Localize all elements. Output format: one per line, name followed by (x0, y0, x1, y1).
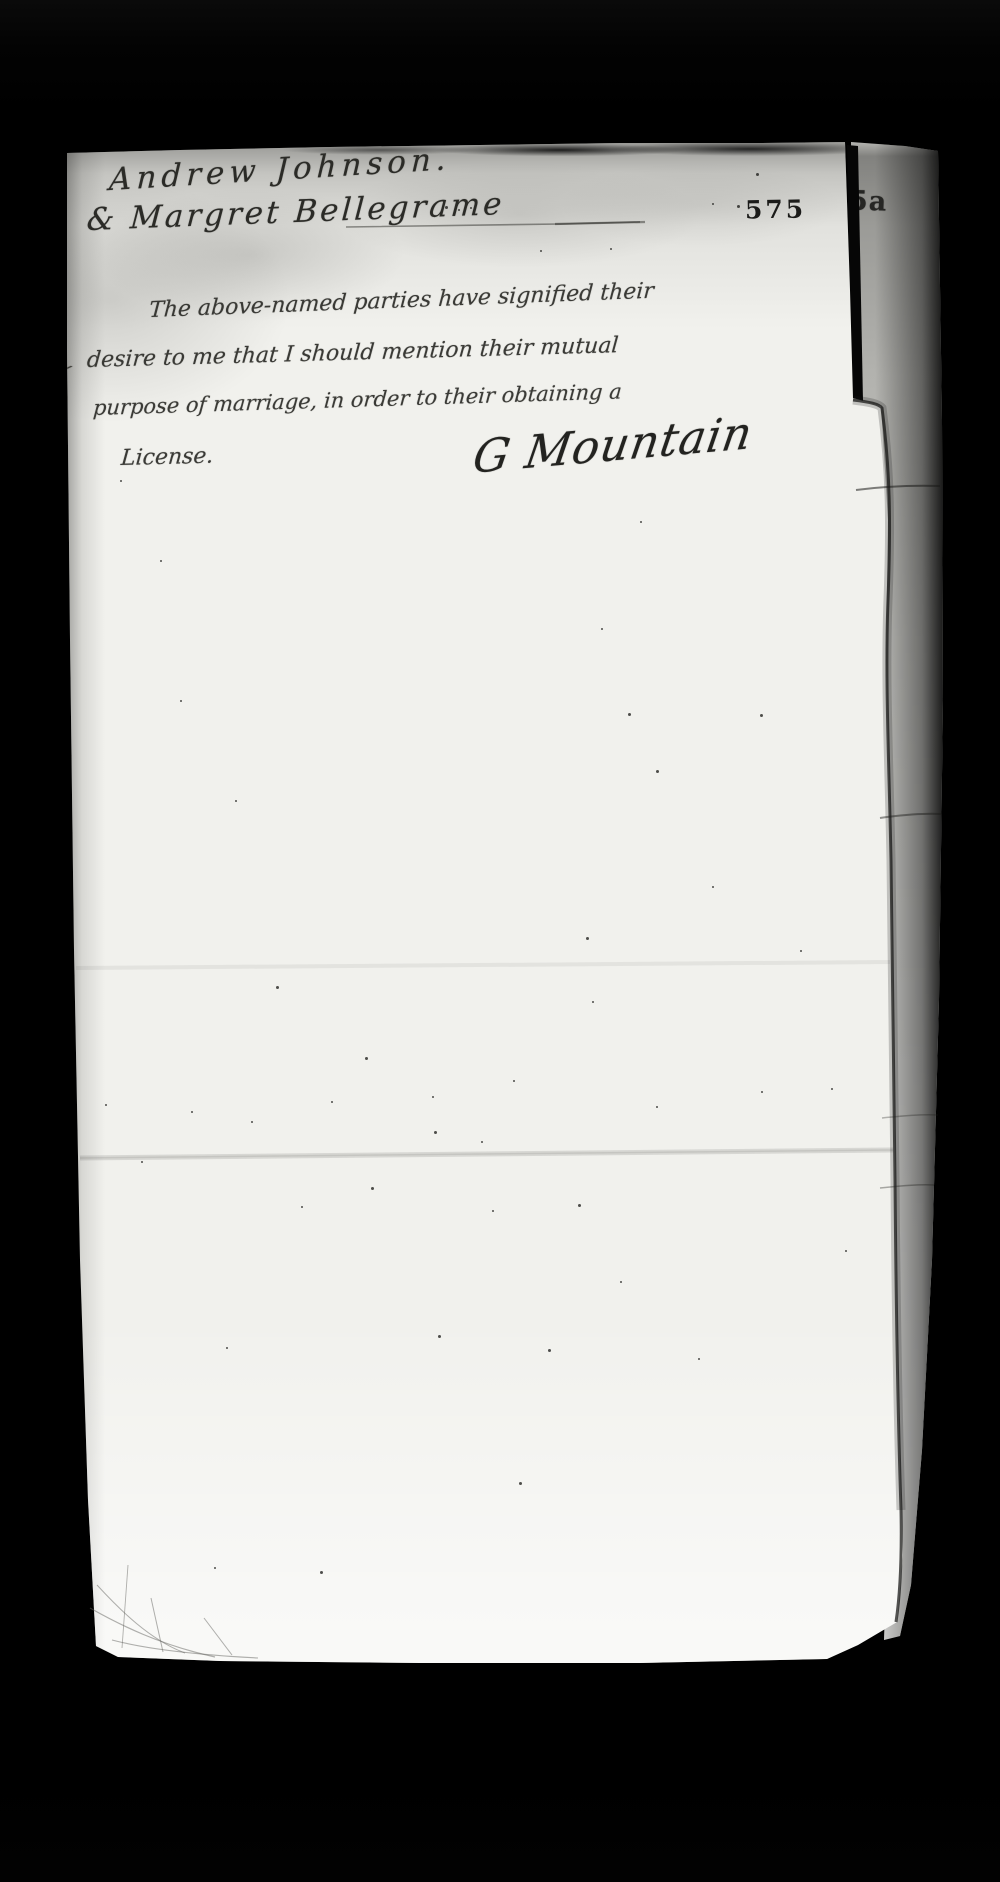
page-fold-line (76, 962, 890, 968)
ruled-line-dark-end (555, 222, 645, 224)
corner-scratches (90, 1565, 258, 1658)
strip-crease (856, 486, 940, 490)
strip-crease (880, 1185, 934, 1188)
crease-and-scratch-overlay (0, 0, 1000, 1882)
vertical-crease-soft (853, 400, 901, 1510)
page-fold-line (80, 1150, 894, 1158)
document-scan: 5a Andrew Johnson. & Margret Bellegrame … (0, 0, 1000, 1882)
